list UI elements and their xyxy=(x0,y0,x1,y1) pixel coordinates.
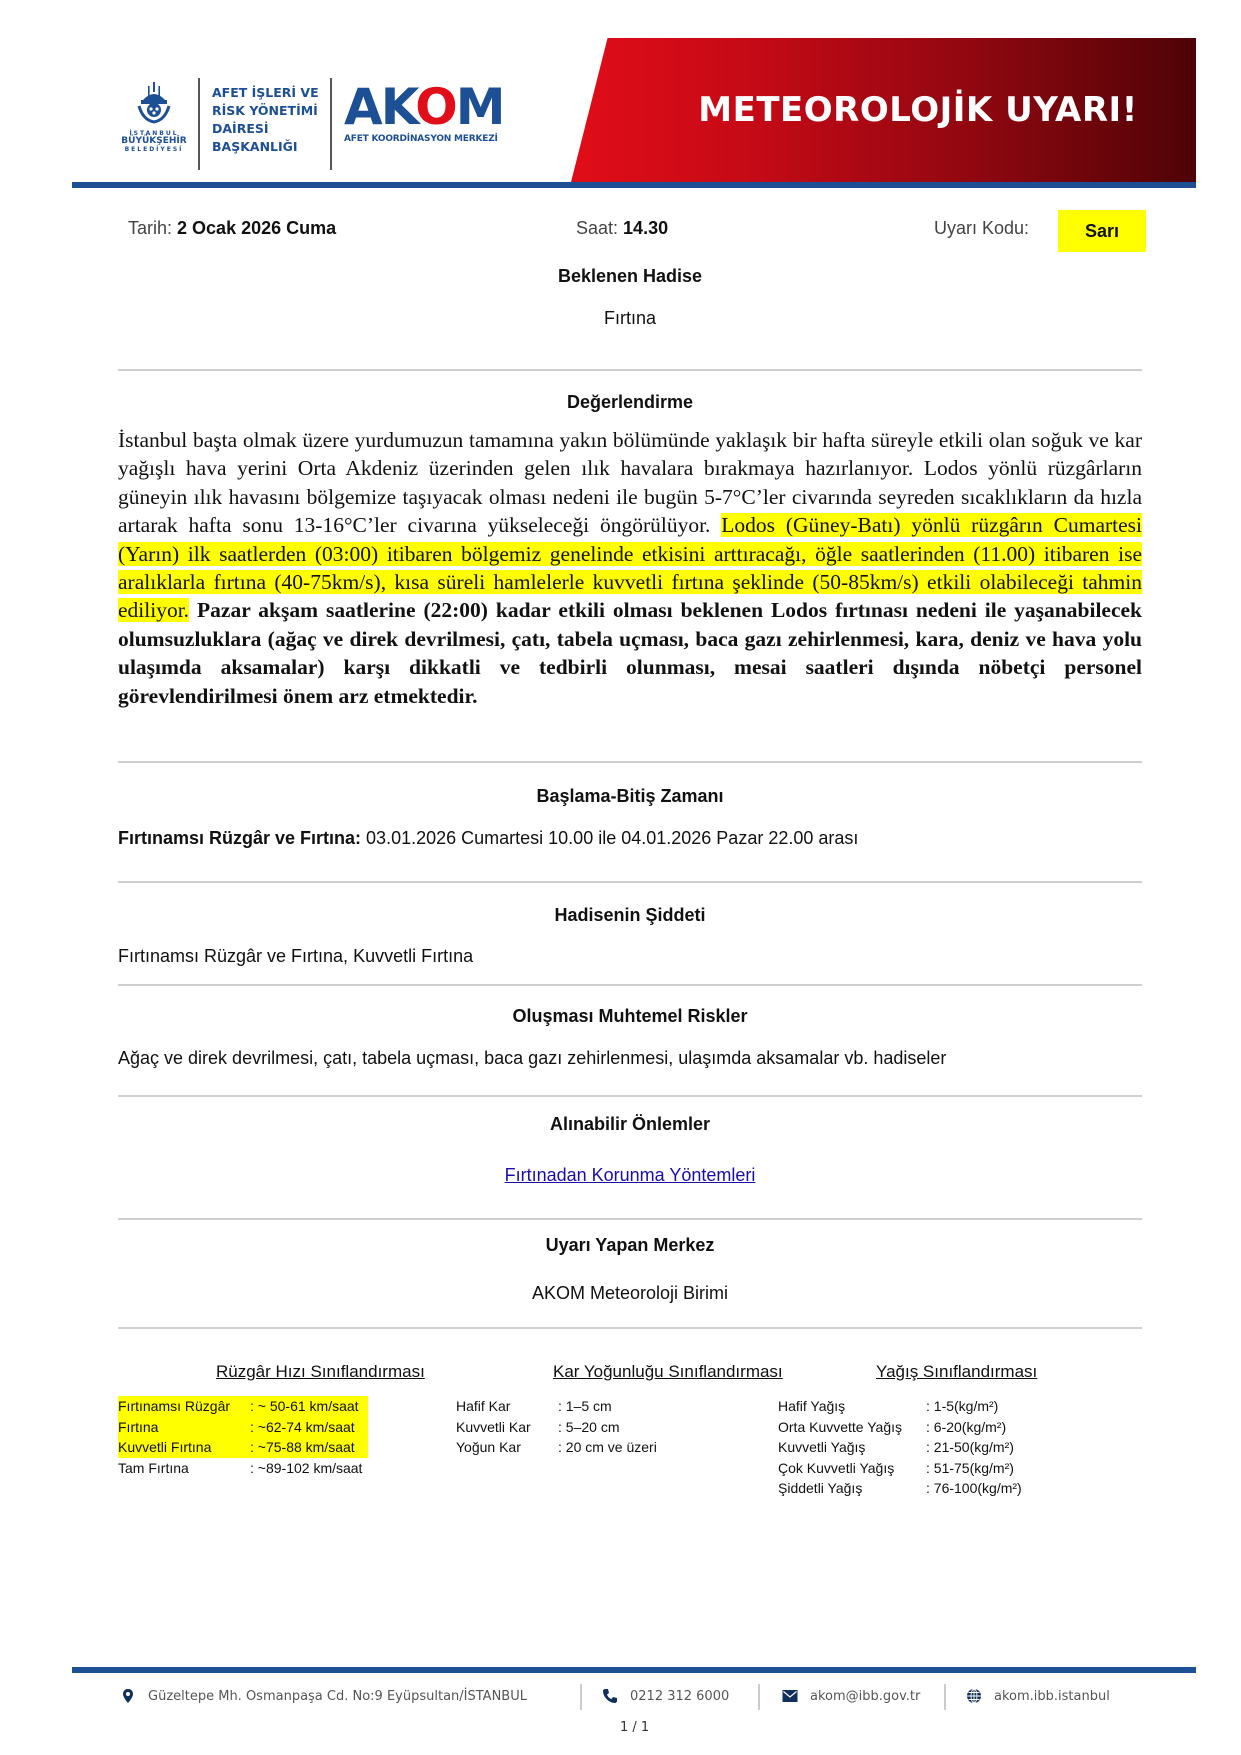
classification-name: Orta Kuvvette Yağış xyxy=(778,1417,926,1438)
section-divider xyxy=(118,881,1142,883)
ibb-name-line3: BELEDİYESİ xyxy=(114,147,194,153)
classification-name: Şiddetli Yağış xyxy=(778,1478,926,1499)
classification-value: : 76-100(kg/m²) xyxy=(926,1478,1022,1499)
classification-row: Fırtınamsı Rüzgâr: ~ 50-61 km/saat xyxy=(118,1396,368,1417)
section-divider xyxy=(118,369,1142,371)
globe-icon xyxy=(966,1688,982,1704)
classification-name: Kuvvetli Fırtına xyxy=(118,1437,250,1458)
department-line: AFET İŞLERİ VE xyxy=(212,84,332,102)
alert-time: Saat: 14.30 xyxy=(576,218,668,239)
section-divider xyxy=(118,984,1142,986)
timing-value: Fırtınamsı Rüzgâr ve Fırtına: 03.01.2026… xyxy=(118,828,1142,849)
classification-value: : ~ 50-61 km/saat xyxy=(250,1396,359,1417)
alert-banner: METEOROLOJİK UYARI! xyxy=(570,38,1196,186)
department-line: BAŞKANLIĞI xyxy=(212,138,332,156)
classification-name: Çok Kuvvetli Yağış xyxy=(778,1458,926,1479)
rain-classification-title: Yağış Sınıflandırması xyxy=(876,1362,1037,1382)
snow-classification-title: Kar Yoğunluğu Sınıflandırması xyxy=(553,1362,783,1382)
classification-name: Kuvvetli Yağış xyxy=(778,1437,926,1458)
classification-value: : 1–5 cm xyxy=(558,1396,612,1417)
classification-row: Yoğun Kar: 20 cm ve üzeri xyxy=(456,1437,657,1458)
akom-subtitle: AFET KOORDİNASYON MERKEZİ xyxy=(344,134,524,144)
classification-value: : ~75-88 km/saat xyxy=(250,1437,355,1458)
alert-date: Tarih: 2 Ocak 2026 Cuma xyxy=(128,218,336,239)
alert-meta: Tarih: 2 Ocak 2026 Cuma Saat: 14.30 Uyar… xyxy=(128,210,1148,250)
footer-divider xyxy=(580,1684,582,1710)
measures-title: Alınabilir Önlemler xyxy=(118,1114,1142,1135)
mail-icon xyxy=(782,1688,798,1704)
classification-row: Hafif Yağış: 1-5(kg/m²) xyxy=(778,1396,1022,1417)
classification-name: Yoğun Kar xyxy=(456,1437,558,1458)
akom-logo: AKOM AFET KOORDİNASYON MERKEZİ xyxy=(344,82,524,144)
classification-value: : ~62-74 km/saat xyxy=(250,1417,355,1438)
section-divider xyxy=(118,1095,1142,1097)
expected-event-value: Fırtına xyxy=(118,308,1142,329)
alert-code-badge: Sarı xyxy=(1058,210,1146,252)
banner-title: METEOROLOJİK UYARI! xyxy=(640,90,1196,130)
protection-methods-link[interactable]: Fırtınadan Korunma Yöntemleri xyxy=(505,1165,756,1185)
section-divider xyxy=(118,1327,1142,1329)
classification-value: : 21-50(kg/m²) xyxy=(926,1437,1014,1458)
logo-divider xyxy=(330,78,332,170)
classification-name: Tam Fırtına xyxy=(118,1458,250,1479)
classification-row: Kuvvetli Kar: 5–20 cm xyxy=(456,1417,657,1438)
classification-name: Fırtınamsı Rüzgâr xyxy=(118,1396,250,1417)
expected-event-title: Beklenen Hadise xyxy=(118,266,1142,287)
logo-divider xyxy=(198,78,200,170)
classification-row: Fırtına: ~62-74 km/saat xyxy=(118,1417,368,1438)
classification-value: : 20 cm ve üzeri xyxy=(558,1437,657,1458)
classification-row: Kuvvetli Fırtına: ~75-88 km/saat xyxy=(118,1437,368,1458)
footer-email: akom@ibb.gov.tr xyxy=(782,1688,920,1704)
classification-value: : 6-20(kg/m²) xyxy=(926,1417,1006,1438)
footer-divider xyxy=(758,1684,760,1710)
document-header: İSTANBUL BÜYÜKŞEHİR BELEDİYESİ AFET İŞLE… xyxy=(72,38,1196,186)
assessment-title: Değerlendirme xyxy=(118,392,1142,413)
department-name: AFET İŞLERİ VE RİSK YÖNETİMİ DAİRESİ BAŞ… xyxy=(212,84,332,156)
classification-value: : 1-5(kg/m²) xyxy=(926,1396,998,1417)
location-pin-icon xyxy=(120,1688,136,1704)
classification-row: Şiddetli Yağış: 76-100(kg/m²) xyxy=(778,1478,1022,1499)
section-divider xyxy=(118,1218,1142,1220)
rain-classification-table: Hafif Yağış: 1-5(kg/m²)Orta Kuvvette Yağ… xyxy=(778,1396,1022,1499)
department-line: RİSK YÖNETİMİ xyxy=(212,102,332,120)
classification-value: : 51-75(kg/m²) xyxy=(926,1458,1014,1479)
timing-title: Başlama-Bitiş Zamanı xyxy=(118,786,1142,807)
classification-name: Hafif Kar xyxy=(456,1396,558,1417)
footer-website: akom.ibb.istanbul xyxy=(966,1688,1110,1704)
warning-advice: Pazar akşam saatlerine (22:00) kadar etk… xyxy=(118,598,1142,707)
severity-title: Hadisenin Şiddeti xyxy=(118,905,1142,926)
wind-classification-table: Fırtınamsı Rüzgâr: ~ 50-61 km/saatFırtın… xyxy=(118,1396,368,1478)
risks-value: Ağaç ve direk devrilmesi, çatı, tabela u… xyxy=(118,1048,1142,1069)
department-line: DAİRESİ xyxy=(212,120,332,138)
footer-phone: 0212 312 6000 xyxy=(602,1688,729,1704)
section-divider xyxy=(118,761,1142,763)
ibb-logo: İSTANBUL BÜYÜKŞEHİR BELEDİYESİ xyxy=(114,80,194,160)
classification-value: : 5–20 cm xyxy=(558,1417,619,1438)
classification-row: Hafif Kar: 1–5 cm xyxy=(456,1396,657,1417)
risks-title: Oluşması Muhtemel Riskler xyxy=(118,1006,1142,1027)
issuer-title: Uyarı Yapan Merkez xyxy=(118,1235,1142,1256)
ibb-emblem-icon xyxy=(137,80,171,126)
classification-row: Orta Kuvvette Yağış: 6-20(kg/m²) xyxy=(778,1417,1022,1438)
phone-icon xyxy=(602,1688,618,1704)
classification-name: Fırtına xyxy=(118,1417,250,1438)
classification-row: Kuvvetli Yağış: 21-50(kg/m²) xyxy=(778,1437,1022,1458)
classification-name: Kuvvetli Kar xyxy=(456,1417,558,1438)
severity-value: Fırtınamsı Rüzgâr ve Fırtına, Kuvvetli F… xyxy=(118,946,1142,967)
wind-classification-title: Rüzgâr Hızı Sınıflandırması xyxy=(216,1362,425,1382)
footer-rule xyxy=(72,1667,1196,1673)
snow-classification-table: Hafif Kar: 1–5 cmKuvvetli Kar: 5–20 cmYo… xyxy=(456,1396,657,1458)
footer-divider xyxy=(944,1684,946,1710)
page-number: 1 / 1 xyxy=(620,1720,649,1735)
classification-row: Çok Kuvvetli Yağış: 51-75(kg/m²) xyxy=(778,1458,1022,1479)
classification-value: : ~89-102 km/saat xyxy=(250,1458,362,1479)
classification-name: Hafif Yağış xyxy=(778,1396,926,1417)
issuer-value: AKOM Meteoroloji Birimi xyxy=(118,1283,1142,1304)
contact-footer: Güzeltepe Mh. Osmanpaşa Cd. No:9 Eyüpsul… xyxy=(72,1678,1196,1718)
measures-link-wrap: Fırtınadan Korunma Yöntemleri xyxy=(118,1165,1142,1186)
alert-code-label: Uyarı Kodu: xyxy=(934,218,1029,239)
assessment-text: İstanbul başta olmak üzere yurdumuzun ta… xyxy=(118,426,1142,710)
classification-row: Tam Fırtına: ~89-102 km/saat xyxy=(118,1458,368,1479)
footer-address: Güzeltepe Mh. Osmanpaşa Cd. No:9 Eyüpsul… xyxy=(120,1688,527,1704)
header-rule xyxy=(72,182,1196,188)
